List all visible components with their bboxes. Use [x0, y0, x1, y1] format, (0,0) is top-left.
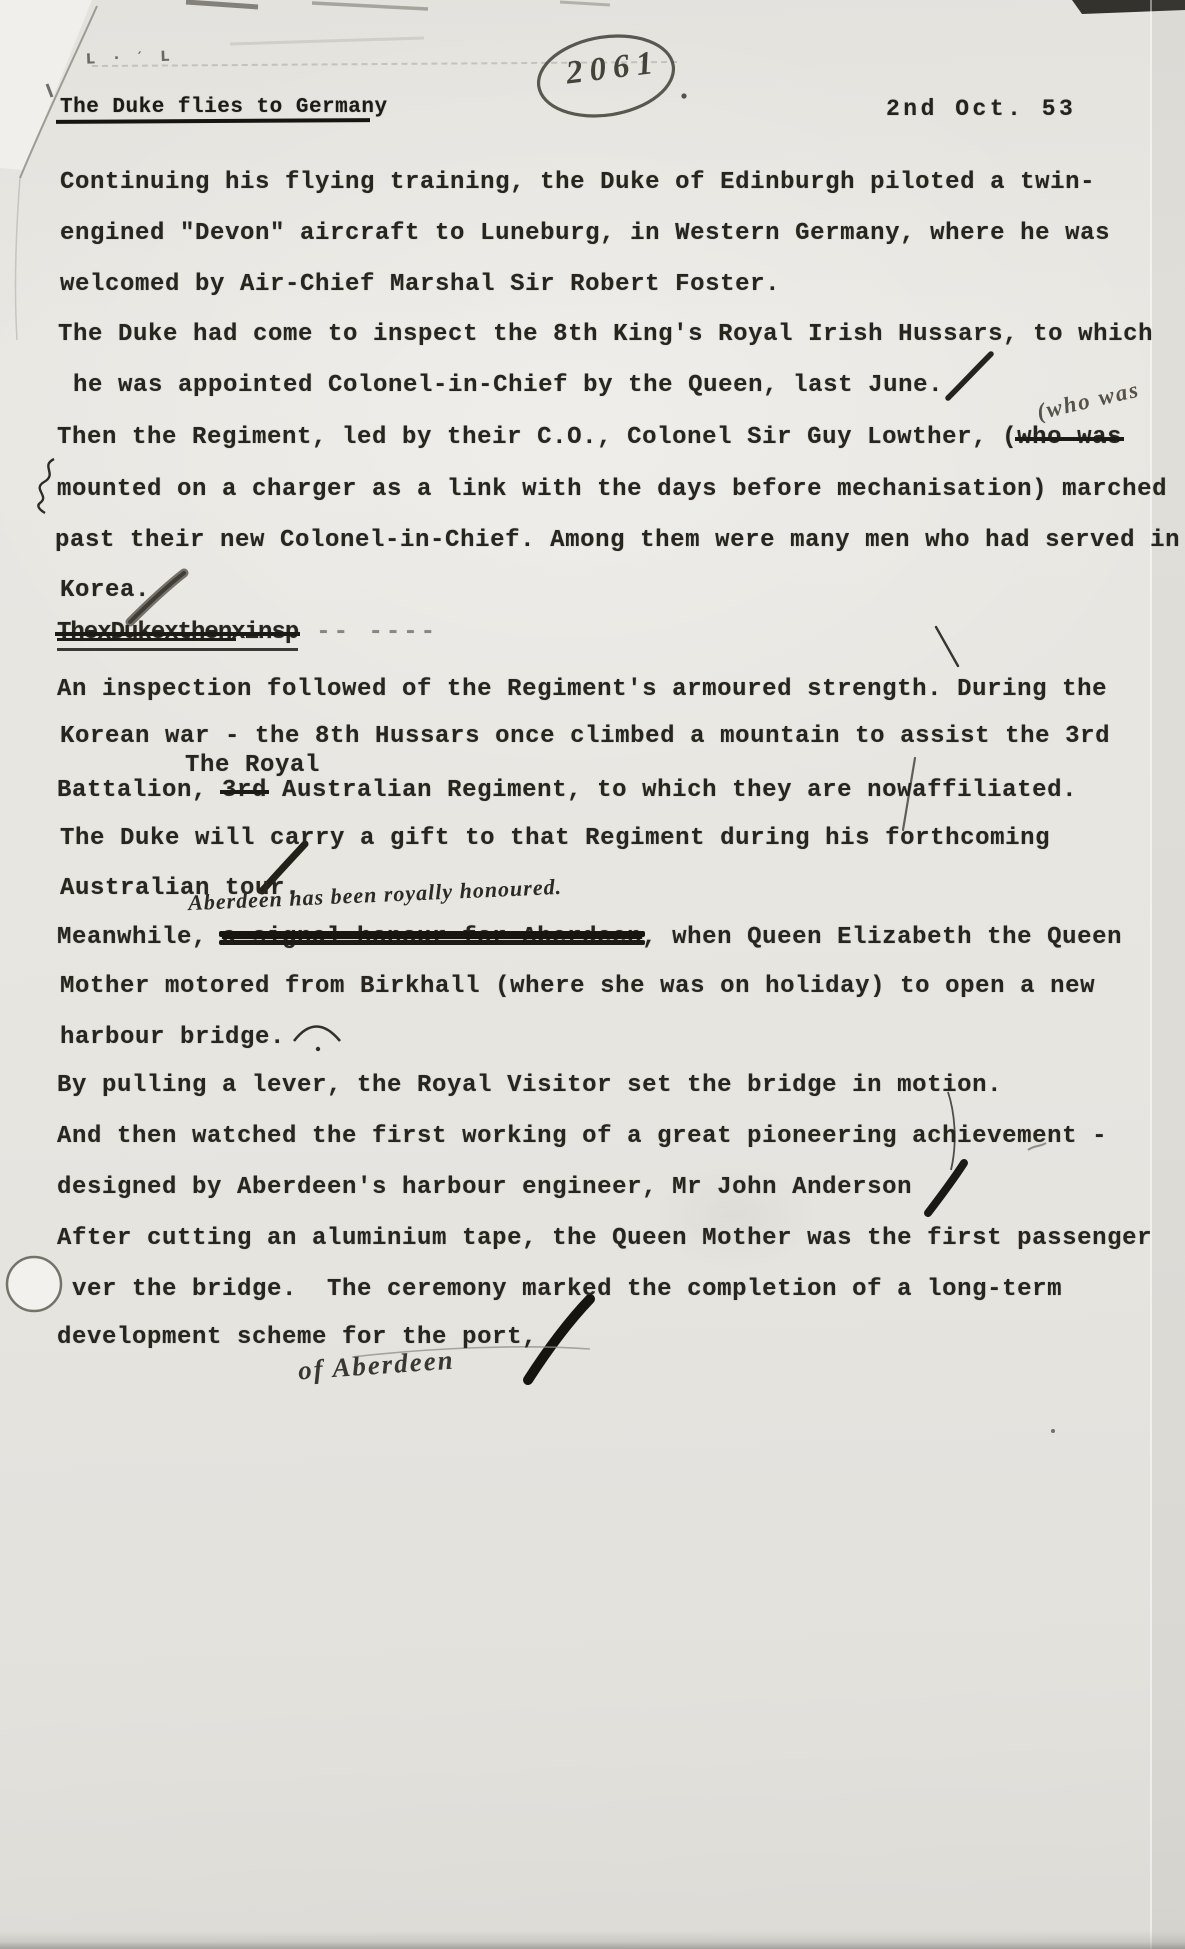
typed-line: And then watched the first working of a …	[57, 1122, 1107, 1152]
slash-before-during	[936, 627, 958, 666]
typed-line: Korea.	[60, 576, 150, 606]
line-text: Meanwhile,	[57, 924, 222, 951]
scanned-typescript-page: L · ′ L The Duke flies to Germany 2061 2…	[0, 0, 1185, 1949]
top-edge-mark	[312, 3, 428, 9]
line-text: affiliated.	[912, 777, 1077, 804]
typed-line: Meanwhile, a signal honour for Aberdeen,…	[57, 923, 1122, 953]
typed-line: Then the Regiment, led by their C.O., Co…	[57, 423, 1122, 453]
line-text: Then the Regiment, led by their C.O., Co…	[57, 424, 1017, 451]
arc-after-bridge	[294, 1027, 340, 1042]
arc-dot	[316, 1047, 320, 1051]
typed-line: Battalion, 3rd Australian Regiment, to w…	[57, 776, 1077, 806]
typed-line: Continuing his flying training, the Duke…	[60, 168, 1095, 198]
typed-line: he was appointed Colonel-in-Chief by the…	[58, 371, 943, 401]
typed-line: mounted on a charger as a link with the …	[57, 475, 1167, 505]
corner-pencil-marks: L · ′ L	[86, 48, 177, 67]
typed-line: development scheme for the port,	[57, 1323, 537, 1353]
line-text: Australian Regiment, to which they are n…	[267, 777, 912, 804]
punch-hole	[7, 1257, 61, 1311]
circled-reference-number: 2061	[564, 44, 662, 92]
struck-text-who-was: who was	[1017, 423, 1122, 453]
speck	[1051, 1429, 1055, 1433]
struck-text-3rd: 3rd	[222, 776, 267, 806]
typed-line: designed by Aberdeen's harbour engineer,…	[57, 1173, 912, 1203]
typed-line: By pulling a lever, the Royal Visitor se…	[57, 1071, 1002, 1101]
typed-line: engined "Devon" aircraft to Luneburg, in…	[60, 219, 1110, 249]
crease-tail	[16, 178, 20, 340]
tick-after-port	[528, 1299, 590, 1380]
torn-corner-crease	[20, 6, 97, 178]
typed-line: past their new Colonel-in-Chief. Among t…	[55, 526, 1180, 556]
typed-line: welcomed by Air-Chief Marshal Sir Robert…	[60, 270, 780, 300]
document-date: 2nd Oct. 53	[886, 95, 1076, 123]
top-edge-mark	[560, 2, 610, 5]
typed-line: harbour bridge.	[60, 1023, 285, 1053]
top-edge-mark	[186, 2, 258, 7]
trailing-dashes: -- ----	[316, 619, 438, 646]
struck-text-line: ThexDukexthenxinsp	[57, 618, 298, 651]
line-text: , when Queen Elizabeth the Queen	[642, 924, 1122, 951]
torn-corner	[0, 0, 92, 170]
top-smudge	[230, 38, 424, 44]
typed-line: After cutting an aluminium tape, the Que…	[57, 1224, 1152, 1254]
typed-line: The Duke will carry a gift to that Regim…	[60, 824, 1050, 854]
paper-right-edge	[1150, 0, 1185, 1949]
handwritten-who-was: (who was	[1034, 377, 1142, 426]
tick-after-june	[948, 354, 991, 398]
page-title: The Duke flies to Germany	[60, 95, 388, 121]
tick-after-anderson	[928, 1163, 964, 1213]
obliterated-text: a signal honour for Aberdeen	[222, 923, 642, 953]
typed-line: Mother motored from Birkhall (where she …	[60, 972, 1095, 1002]
typed-line: ver the bridge. The ceremony marked the …	[57, 1275, 1062, 1305]
line-text: Battalion,	[57, 777, 222, 804]
typed-line: Korean war - the 8th Hussars once climbe…	[60, 722, 1110, 752]
typed-line: An inspection followed of the Regiment's…	[57, 675, 1107, 705]
period-after-circle	[681, 93, 686, 98]
deleted-typed-line: ThexDukexthenxinsp-- ----	[57, 618, 438, 651]
margin-brace	[38, 459, 54, 513]
pre-title-mark	[47, 84, 52, 97]
typed-line: The Duke had come to inspect the 8th Kin…	[58, 320, 1153, 350]
title-underline	[56, 118, 370, 124]
